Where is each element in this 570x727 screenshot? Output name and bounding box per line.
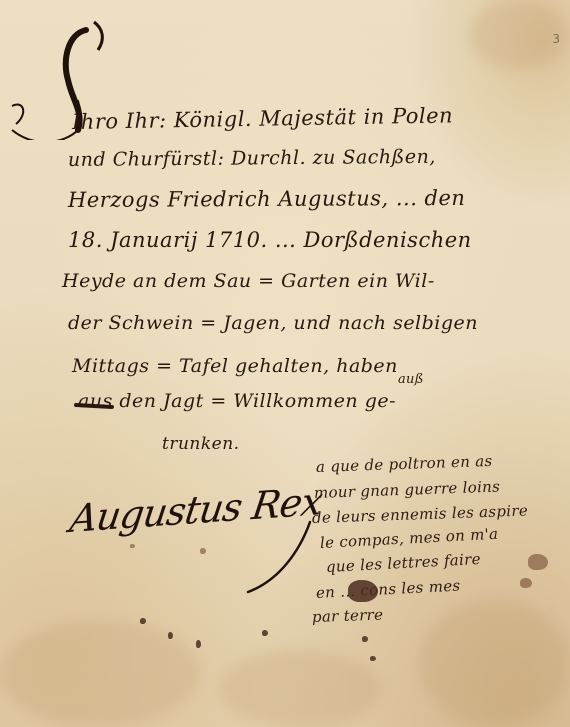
french-line-5: que les lettres faire xyxy=(326,550,482,576)
ink-blot xyxy=(528,554,548,570)
french-line-4: le compas, mes on m'a xyxy=(320,525,499,552)
text-line-5: Heyde an dem Sau = Garten ein Wil- xyxy=(62,270,435,292)
french-line-7: par terre xyxy=(312,606,384,626)
ink-blot xyxy=(370,656,376,661)
paper-stain xyxy=(420,600,570,727)
text-line-7: Mittags = Tafel gehalten, haben xyxy=(72,355,398,377)
interlinear-insertion: auß xyxy=(398,372,424,387)
french-line-1: a que de poltron en as xyxy=(316,452,493,476)
ink-blot xyxy=(520,578,532,588)
ink-blot xyxy=(196,640,201,648)
text-line-3: Herzogs Friedrich Augustus, ... den xyxy=(68,186,466,212)
french-line-3: de leurs ennemis les aspire xyxy=(312,501,529,527)
french-line-2: mour gnan guerre loins xyxy=(314,478,501,502)
ink-blot xyxy=(168,632,173,639)
french-line-6: en ... cons les mes xyxy=(316,576,461,602)
signature-flourish-icon xyxy=(240,520,320,600)
text-line-2: und Churfürstl: Durchl. zu Sachßen, xyxy=(68,146,436,171)
text-line-1: Ihro Ihr: Königl. Majestät in Polen xyxy=(72,103,453,134)
ink-blot xyxy=(130,544,135,548)
ink-blot xyxy=(262,630,268,636)
text-line-6: der Schwein = Jagen, und nach selbigen xyxy=(68,312,478,334)
text-line-8: aus den Jagt = Willkommen ge- xyxy=(78,390,396,412)
text-line-9: trunken. xyxy=(162,434,240,454)
manuscript-page: 3 Ihro Ihr: Königl. Majestät in Polen un… xyxy=(0,0,570,727)
page-number: 3 xyxy=(552,32,560,46)
ink-blot xyxy=(140,618,146,624)
ink-blot xyxy=(200,548,206,554)
text-line-4-date: 18. Januarij 1710. ... Dorßdenischen xyxy=(68,228,472,252)
ink-blot xyxy=(348,580,378,602)
ink-blot xyxy=(362,636,368,642)
paper-stain xyxy=(220,650,380,727)
